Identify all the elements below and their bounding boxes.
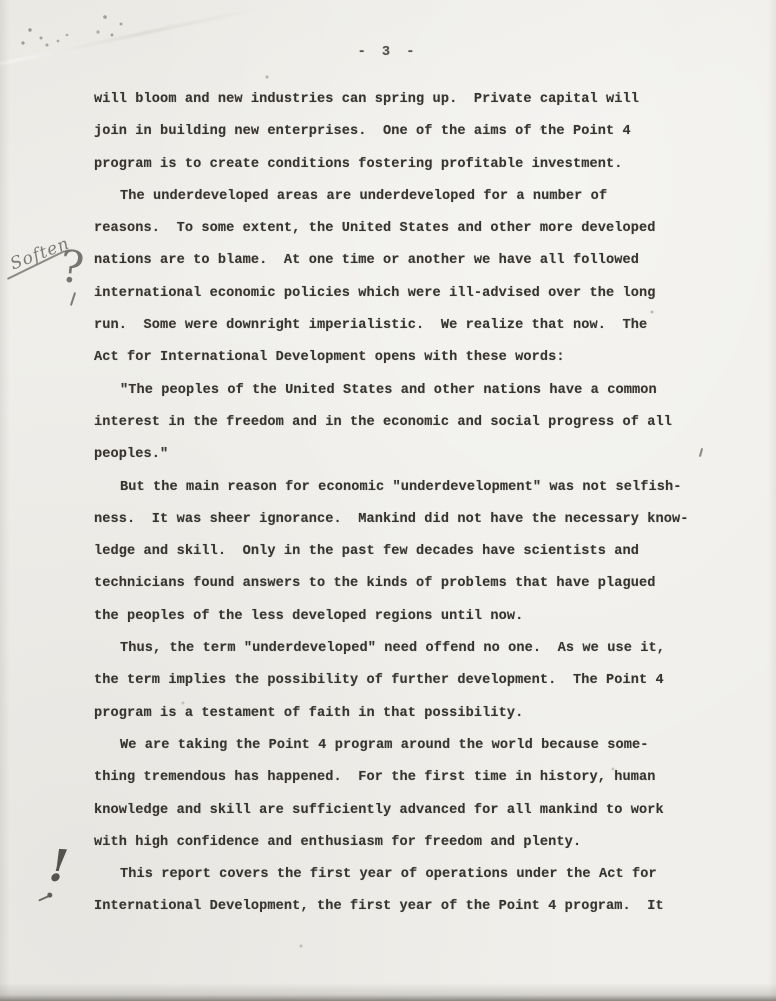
text-line: knowledge and skill are sufficiently adv… (94, 795, 714, 827)
text-line: International Development, the first yea… (94, 891, 714, 923)
text-line: run. Some were downright imperialistic. … (94, 310, 714, 342)
text-line: Thus, the term "underdeveloped" need off… (94, 633, 714, 665)
pencil-flick-mark (38, 894, 51, 901)
page-number: - 3 - (0, 45, 776, 60)
text-line: peoples." (94, 439, 714, 471)
handwritten-exclamation-mark: ! (47, 844, 69, 889)
text-line: nations are to blame. At one time or ano… (94, 245, 714, 277)
text-line: "The peoples of the United States and ot… (94, 375, 714, 407)
text-line: The underdeveloped areas are underdevelo… (94, 181, 714, 213)
text-line: program is a testament of faith in that … (94, 698, 714, 730)
scan-edge-shadow-left (0, 0, 10, 1001)
document-body: will bloom and new industries can spring… (94, 84, 714, 924)
paper-crease (0, 7, 261, 72)
text-line: the peoples of the less developed region… (94, 601, 714, 633)
pencil-tick-mark (70, 292, 76, 306)
scan-edge-shadow-bottom (0, 983, 776, 1001)
text-line: international economic policies which we… (94, 278, 714, 310)
text-line: join in building new enterprises. One of… (94, 116, 714, 148)
handwritten-question-mark: ? (58, 245, 86, 291)
document-page: - 3 - will bloom and new industries can … (0, 0, 776, 1001)
text-line: We are taking the Point 4 program around… (94, 730, 714, 762)
text-line: technicians found answers to the kinds o… (94, 568, 714, 600)
text-line: But the main reason for economic "underd… (94, 472, 714, 504)
text-line: with high confidence and enthusiasm for … (94, 827, 714, 859)
text-line: ness. It was sheer ignorance. Mankind di… (94, 504, 714, 536)
text-line: thing tremendous has happened. For the f… (94, 762, 714, 794)
text-line: the term implies the possibility of furt… (94, 665, 714, 697)
scan-edge-shadow-right (768, 0, 776, 1001)
text-line: program is to create conditions fosterin… (94, 149, 714, 181)
text-line: This report covers the first year of ope… (94, 859, 714, 891)
text-line: ledge and skill. Only in the past few de… (94, 536, 714, 568)
text-line: Act for International Development opens … (94, 342, 714, 374)
text-line: interest in the freedom and in the econo… (94, 407, 714, 439)
text-line: reasons. To some extent, the United Stat… (94, 213, 714, 245)
text-line: will bloom and new industries can spring… (94, 84, 714, 116)
